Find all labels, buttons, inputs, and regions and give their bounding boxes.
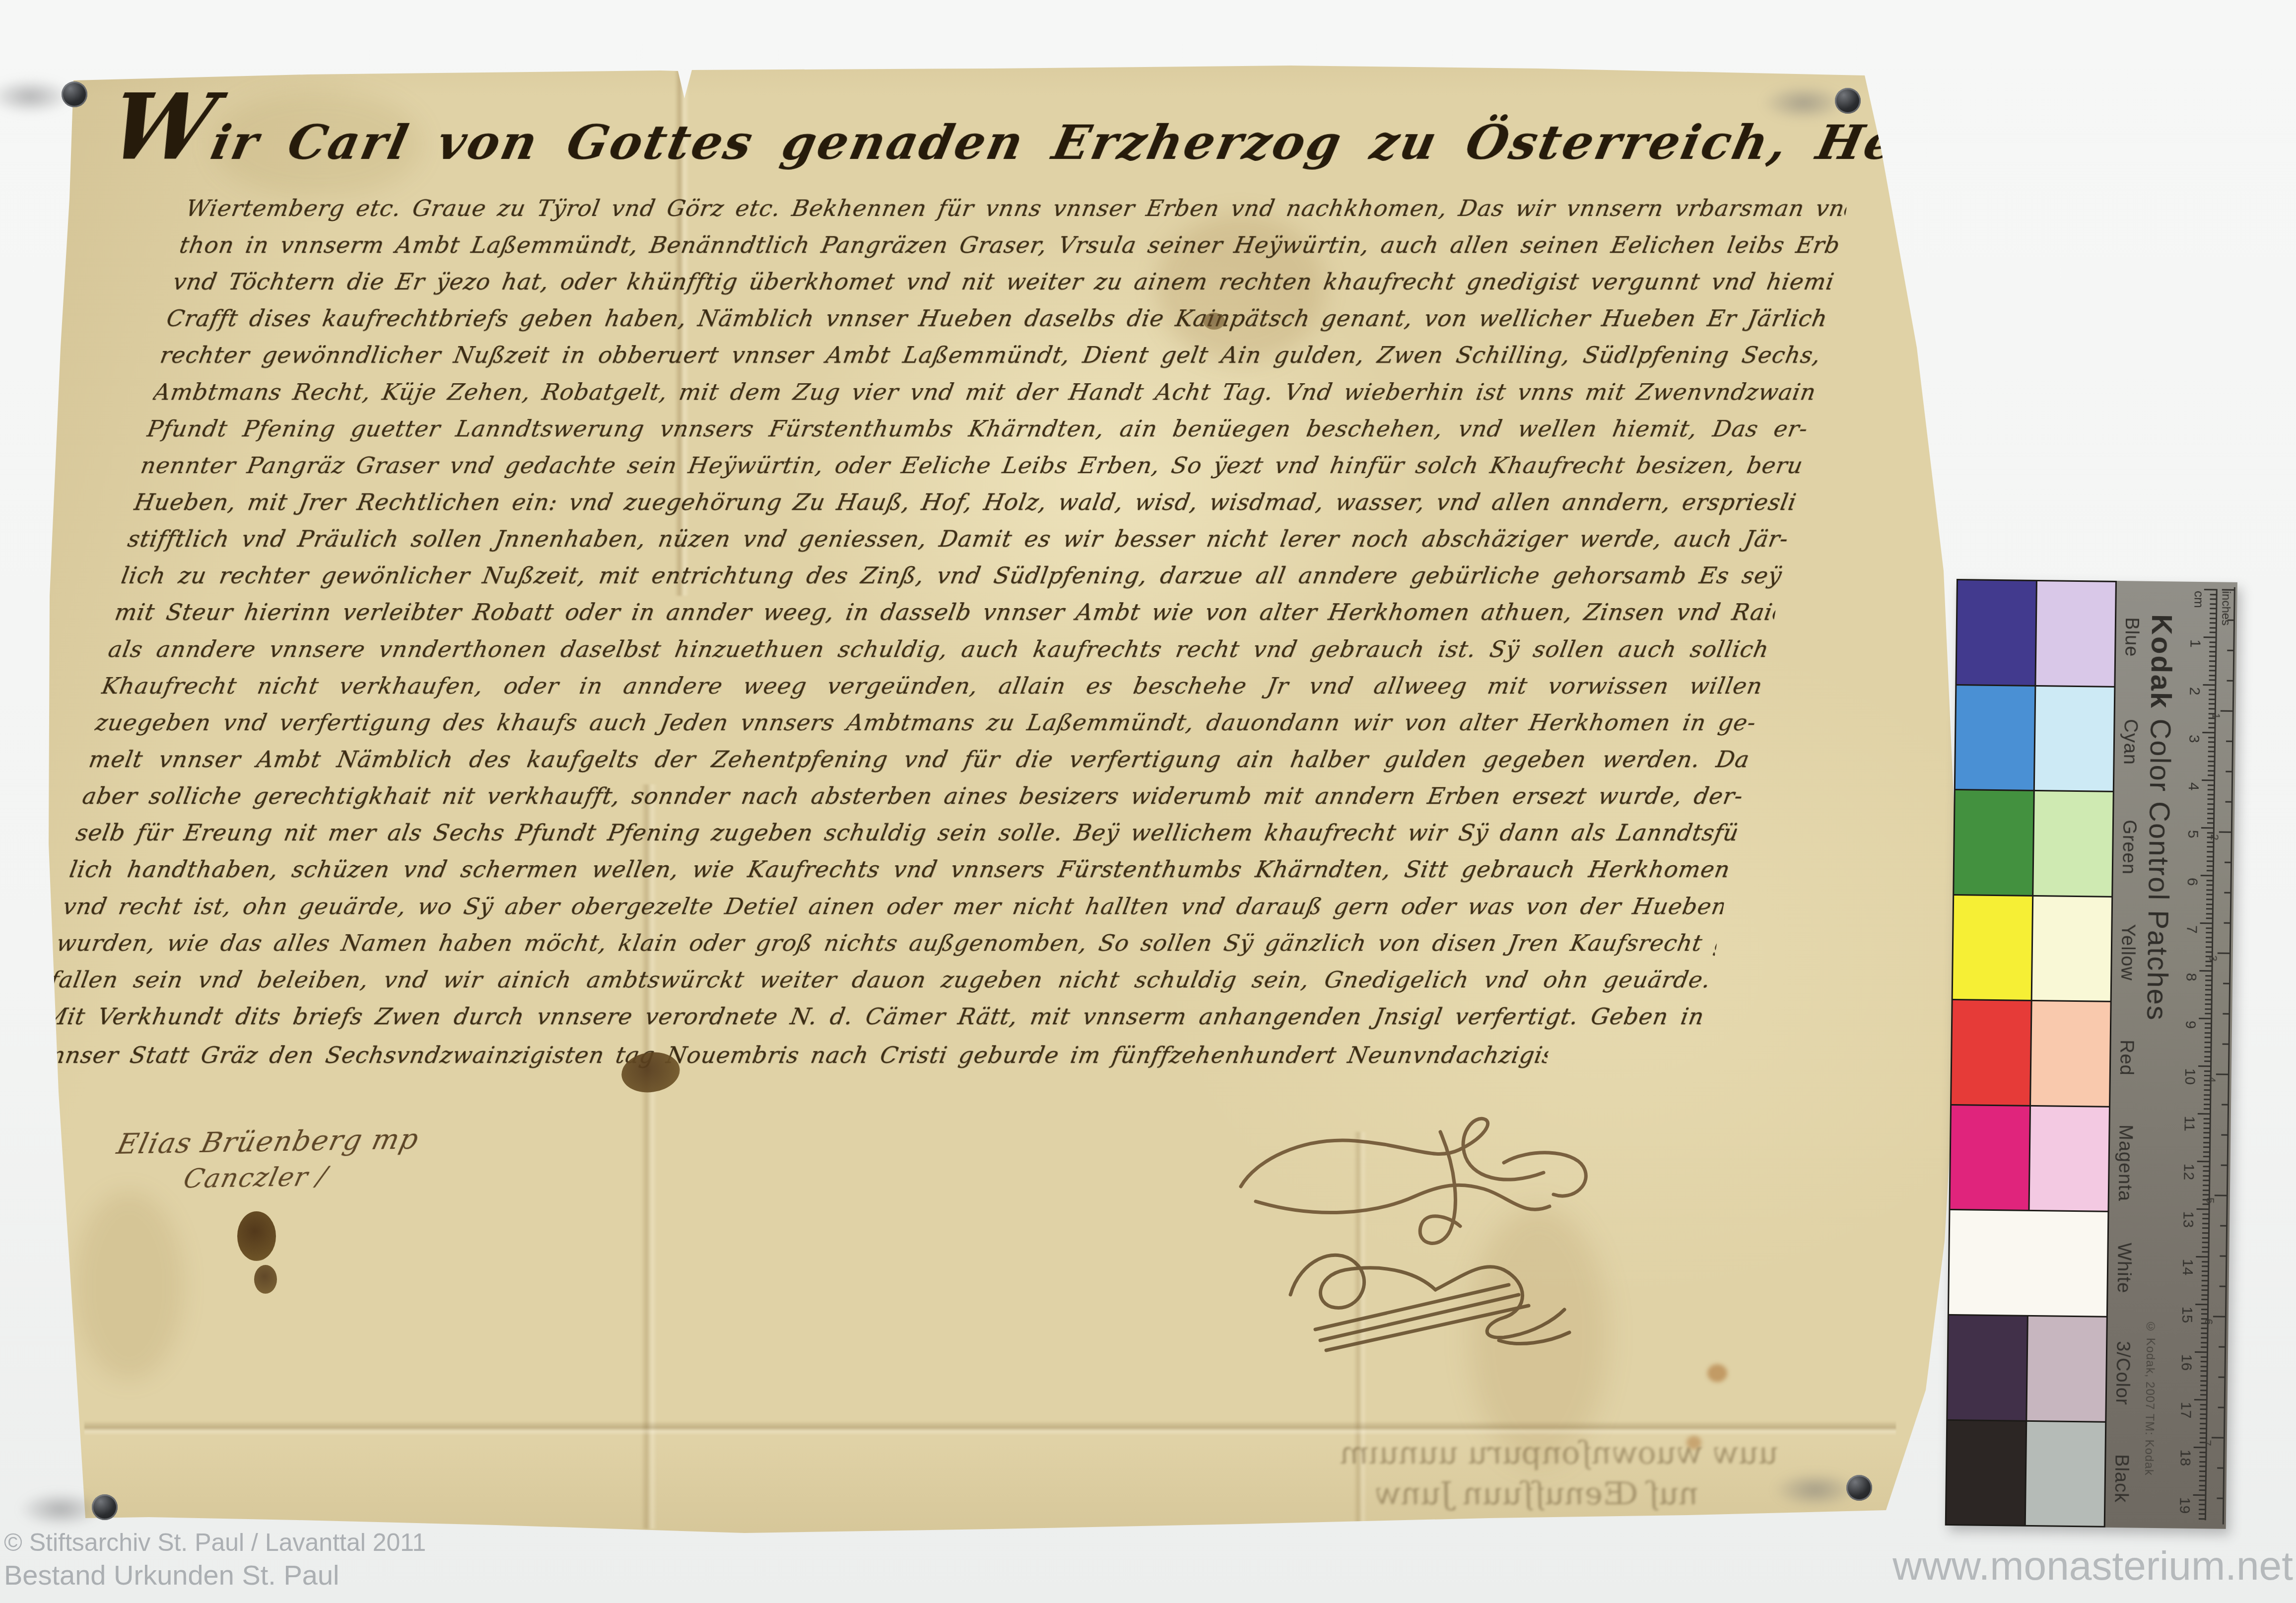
inch-number: 7 bbox=[2201, 1440, 2214, 1446]
cm-tick bbox=[2201, 1356, 2207, 1358]
cm-tick bbox=[2204, 1056, 2210, 1057]
cm-tick bbox=[2203, 1194, 2209, 1195]
cm-tick bbox=[2203, 1166, 2209, 1167]
cm-tick bbox=[2200, 1418, 2206, 1420]
inch-tick bbox=[2219, 1346, 2225, 1348]
watermark-website: www.monasterium.net bbox=[1892, 1543, 2293, 1590]
cm-tick bbox=[2203, 1170, 2209, 1172]
cm-tick bbox=[2198, 1113, 2210, 1115]
cm-tick bbox=[2207, 865, 2213, 867]
inch-tick bbox=[2221, 1134, 2227, 1136]
inch-tick bbox=[2227, 680, 2233, 682]
cm-tick bbox=[2205, 975, 2211, 976]
inch-tick bbox=[2223, 983, 2229, 984]
inch-tick bbox=[2225, 862, 2230, 863]
inch-tick bbox=[2215, 1194, 2227, 1196]
kodak-patch-row bbox=[1956, 686, 2114, 791]
cm-tick bbox=[2209, 694, 2215, 695]
kodak-patch-row bbox=[1952, 1000, 2110, 1106]
inch-tick bbox=[2220, 1225, 2226, 1227]
cm-tick bbox=[2205, 1027, 2211, 1029]
cm-tick bbox=[2204, 1089, 2210, 1091]
manuscript-date-line: vnnser Statt Gräz den Sechsvndzwainzigis… bbox=[34, 1037, 1551, 1073]
cm-tick bbox=[2208, 765, 2214, 767]
cm-number: 12 bbox=[2180, 1164, 2197, 1181]
inch-tick bbox=[2226, 771, 2231, 772]
cm-tick bbox=[2199, 1504, 2205, 1505]
cm-tick bbox=[2195, 1304, 2207, 1305]
cm-tick bbox=[2197, 1161, 2209, 1162]
kodak-title-text: Color Control Patches bbox=[2141, 709, 2177, 1021]
manuscript-line: Pfundt Pfening guetter Lanndtswerung vnn… bbox=[144, 410, 1811, 447]
cm-tick bbox=[2200, 1423, 2206, 1424]
manuscript-line: selb für Ereung nit mer als Sechs Pfundt… bbox=[73, 814, 1740, 851]
cm-tick bbox=[2209, 689, 2215, 691]
cm-tick bbox=[2205, 984, 2211, 986]
inch-tick bbox=[2218, 1377, 2224, 1378]
cm-tick bbox=[2204, 1118, 2210, 1119]
cm-tick bbox=[2203, 1204, 2209, 1205]
inch-tick bbox=[2224, 892, 2230, 894]
manuscript-lines: Wiertemberg etc. Graue zu Tÿrol vnd Görz… bbox=[34, 190, 1850, 1073]
inch-tick bbox=[2219, 831, 2231, 833]
ink-blot bbox=[1203, 313, 1225, 330]
cm-tick bbox=[2205, 1032, 2211, 1034]
color-patch-green bbox=[1954, 790, 2033, 895]
inch-number: 1 bbox=[2210, 713, 2223, 719]
cm-tick bbox=[2203, 1189, 2209, 1191]
cm-tick bbox=[2206, 946, 2212, 948]
inch-tick bbox=[2224, 922, 2230, 924]
color-patch-black bbox=[1947, 1420, 2026, 1525]
color-patch-tint bbox=[2036, 581, 2115, 686]
cm-tick bbox=[2208, 784, 2214, 786]
cm-tick bbox=[2197, 1208, 2209, 1210]
signature-flourish-lower bbox=[1271, 1215, 1578, 1354]
color-patch-magenta bbox=[1950, 1106, 2029, 1210]
cm-tick bbox=[2204, 1127, 2210, 1129]
signature-chancellor-name: Elias Brüenberg mp bbox=[114, 1123, 422, 1161]
cm-tick bbox=[2204, 1094, 2210, 1096]
manuscript-line: aber solliche gerechtigkhait nit verkhau… bbox=[79, 777, 1746, 814]
cm-tick bbox=[2202, 732, 2214, 733]
inch-tick bbox=[2218, 952, 2229, 954]
cm-tick bbox=[2201, 1313, 2207, 1315]
signature-chancellor-title: Canczler / bbox=[181, 1161, 414, 1194]
cm-tick bbox=[2210, 627, 2216, 628]
cm-tick bbox=[2204, 1051, 2210, 1052]
cm-tick bbox=[2203, 1146, 2209, 1148]
cm-tick bbox=[2209, 646, 2215, 647]
cm-tick bbox=[2200, 1375, 2206, 1377]
cm-tick bbox=[2202, 1280, 2208, 1281]
color-patch-tint bbox=[2027, 1317, 2106, 1421]
cm-tick bbox=[2207, 803, 2213, 805]
cm-tick bbox=[2205, 1003, 2211, 1005]
cm-tick bbox=[2194, 1447, 2206, 1448]
watermark-copyright-line1: © Stiftsarchiv St. Paul / Lavanttal 2011 bbox=[4, 1528, 426, 1557]
cm-tick bbox=[2207, 846, 2213, 848]
cm-tick bbox=[2205, 994, 2211, 995]
manuscript-line: Wiertemberg etc. Graue zu Tÿrol vnd Görz… bbox=[183, 190, 1850, 226]
cm-tick bbox=[2199, 1480, 2205, 1481]
cm-tick bbox=[2210, 603, 2216, 605]
cm-tick bbox=[2208, 756, 2214, 757]
cm-tick bbox=[2200, 1380, 2206, 1382]
cm-tick bbox=[2206, 904, 2212, 905]
cm-tick bbox=[2202, 1285, 2208, 1286]
cm-tick bbox=[2205, 1037, 2211, 1039]
cm-tick bbox=[2202, 1218, 2208, 1219]
kodak-title: Kodak Color Control Patches bbox=[2140, 614, 2178, 1022]
cm-tick bbox=[2200, 1432, 2206, 1434]
cm-tick bbox=[2210, 622, 2216, 624]
manuscript-line: mit Steur hierinn verleibter Robatt oder… bbox=[112, 594, 1778, 630]
cm-tick bbox=[2203, 1142, 2209, 1143]
inch-tick bbox=[2222, 1104, 2228, 1106]
cm-unit-label: cm bbox=[2191, 591, 2206, 608]
cm-tick bbox=[2200, 1452, 2206, 1453]
cm-number: 19 bbox=[2176, 1497, 2193, 1514]
cm-tick bbox=[2200, 1390, 2206, 1391]
cm-tick bbox=[2204, 1085, 2210, 1086]
cm-tick bbox=[2210, 594, 2216, 595]
inch-tick bbox=[2226, 741, 2232, 742]
kodak-patch-row bbox=[1953, 896, 2112, 1001]
color-patch-tint bbox=[2033, 791, 2113, 896]
cm-tick bbox=[2208, 737, 2214, 738]
cm-tick bbox=[2206, 951, 2212, 953]
cm-tick bbox=[2208, 775, 2214, 776]
cm-tick bbox=[2201, 827, 2213, 829]
cm-tick bbox=[2207, 880, 2213, 881]
cm-tick bbox=[2209, 660, 2215, 662]
cm-tick bbox=[2200, 1408, 2206, 1410]
signature-chancellor: Elias Brüenberg mp Canczler / bbox=[106, 1123, 422, 1196]
cm-tick bbox=[2199, 1513, 2205, 1515]
cm-number: 9 bbox=[2182, 1021, 2199, 1029]
cm-tick bbox=[2203, 684, 2215, 686]
cm-tick bbox=[2202, 1237, 2208, 1239]
cm-tick bbox=[2199, 1470, 2205, 1472]
cm-tick bbox=[2194, 1399, 2206, 1400]
cm-tick bbox=[2205, 979, 2211, 981]
cm-tick bbox=[2204, 636, 2216, 638]
cm-tick bbox=[2199, 1461, 2205, 1463]
patch-label: Black bbox=[2105, 1422, 2133, 1528]
kodak-color-control-strip: BlueCyanGreenYellowRedMagentaWhite3/Colo… bbox=[1945, 579, 2237, 1529]
cm-tick bbox=[2209, 651, 2215, 652]
cm-tick bbox=[2199, 1489, 2205, 1491]
verso-showthrough-line: nuſ Œenuſſuun Junw bbox=[1372, 1475, 1702, 1512]
cm-tick bbox=[2199, 1475, 2205, 1477]
cm-number: 7 bbox=[2183, 925, 2200, 934]
ink-blot bbox=[254, 1265, 277, 1294]
color-patch-red bbox=[1952, 1000, 2031, 1105]
cm-tick bbox=[2207, 860, 2213, 862]
cm-tick bbox=[2202, 779, 2214, 781]
cm-tick bbox=[2206, 918, 2212, 919]
cm-tick bbox=[2204, 1104, 2210, 1105]
watermark-copyright-line2: Bestand Urkunden St. Paul bbox=[4, 1559, 339, 1591]
cm-tick bbox=[2206, 913, 2212, 914]
cm-tick bbox=[2209, 665, 2215, 667]
manuscript-line: zuegeben vnd verfertigung des khaufs auc… bbox=[92, 704, 1759, 741]
cm-tick bbox=[2200, 1413, 2206, 1415]
cm-tick bbox=[2205, 1013, 2211, 1015]
scan-page: Wir Carl von Gottes genaden Erzherzog zu… bbox=[0, 0, 2296, 1603]
manuscript-line: fallen sein vnd beleiben, vnd wir ainich… bbox=[47, 961, 1714, 998]
cm-tick bbox=[2202, 1223, 2208, 1224]
kodak-copyright: © Kodak, 2007 TM: Kodak bbox=[2142, 1320, 2158, 1476]
cm-tick bbox=[2206, 894, 2212, 896]
cm-tick bbox=[2206, 942, 2212, 943]
inch-tick bbox=[2220, 1286, 2226, 1287]
cm-tick bbox=[2193, 1494, 2205, 1496]
cm-tick bbox=[2210, 618, 2216, 619]
cm-tick bbox=[2201, 1294, 2207, 1296]
charter-heading: Wir Carl von Gottes genaden Erzherzog zu… bbox=[100, 74, 1783, 181]
cm-number: 15 bbox=[2178, 1307, 2195, 1324]
cm-tick bbox=[2210, 613, 2216, 614]
cm-tick bbox=[2202, 1228, 2208, 1229]
cm-tick bbox=[2204, 589, 2216, 590]
cm-tick bbox=[2205, 999, 2211, 1000]
cm-tick bbox=[2207, 818, 2213, 819]
cm-tick bbox=[2203, 1137, 2209, 1138]
inch-tick bbox=[2218, 1407, 2224, 1408]
ink-blot bbox=[237, 1211, 276, 1261]
cm-tick bbox=[2202, 1213, 2208, 1215]
cm-tick bbox=[2206, 884, 2212, 886]
color-patch-cyan bbox=[1956, 686, 2035, 790]
kodak-patch-row bbox=[1949, 1210, 2108, 1316]
cm-number: 3 bbox=[2185, 735, 2202, 743]
cm-tick bbox=[2203, 1180, 2209, 1182]
cm-tick bbox=[2209, 675, 2215, 676]
cm-tick bbox=[2203, 1151, 2209, 1153]
cm-tick bbox=[2200, 1428, 2206, 1429]
cm-tick bbox=[2206, 908, 2212, 909]
cm-tick bbox=[2200, 1385, 2206, 1386]
inch-number: 3 bbox=[2207, 955, 2220, 962]
cm-tick bbox=[2196, 1256, 2208, 1257]
inch-tick bbox=[2223, 1013, 2228, 1015]
manuscript-line: nennter Pangräz Graser vnd gedachte sein… bbox=[138, 447, 1805, 484]
inch-tick bbox=[2221, 1165, 2227, 1166]
cm-tick bbox=[2203, 1185, 2209, 1186]
cm-tick bbox=[2200, 1437, 2206, 1439]
cm-tick bbox=[2200, 922, 2212, 924]
inch-tick bbox=[2228, 620, 2233, 621]
patch-label: White bbox=[2108, 1212, 2135, 1318]
manuscript-line: lich zu rechter gewönlicher Nußzeit, mit… bbox=[118, 557, 1785, 594]
manuscript-line: lich handthaben, schüzen vnd schermen we… bbox=[67, 851, 1733, 888]
verso-showthrough-line: uuw wuownſonpuru uunuım bbox=[1337, 1435, 1782, 1471]
inch-tick bbox=[2226, 801, 2231, 803]
manuscript-line: Crafft dises kaufrechtbriefs geben haben… bbox=[164, 300, 1830, 337]
cm-tick bbox=[2209, 641, 2215, 643]
manuscript-line: vnd Töchtern die Er ÿezo hat, oder khünf… bbox=[170, 263, 1837, 300]
cm-tick bbox=[2207, 870, 2213, 872]
cm-number: 13 bbox=[2179, 1211, 2196, 1228]
cm-tick bbox=[2207, 823, 2213, 824]
inch-number: 2 bbox=[2208, 834, 2221, 840]
cm-tick bbox=[2202, 1232, 2208, 1234]
inch-tick bbox=[2213, 1316, 2225, 1317]
cm-tick bbox=[2209, 698, 2215, 700]
kodak-patch-row bbox=[1948, 1316, 2106, 1421]
cm-tick bbox=[2205, 989, 2211, 991]
cm-tick bbox=[2201, 1361, 2207, 1362]
cm-tick bbox=[2204, 1122, 2210, 1124]
cm-tick bbox=[2202, 1242, 2208, 1243]
kodak-patch-row bbox=[1950, 1106, 2109, 1211]
manuscript-line: vnd recht ist, ohn geuärde, wo Sÿ aber o… bbox=[60, 888, 1727, 924]
cm-number: 5 bbox=[2184, 830, 2201, 838]
cm-tick bbox=[2205, 966, 2211, 967]
corner-pin-top-right bbox=[1835, 88, 1861, 114]
patch-label: Blue bbox=[2115, 581, 2143, 687]
kodak-patch-grid bbox=[1945, 579, 2117, 1528]
kodak-patch-row bbox=[1957, 580, 2115, 686]
cm-tick bbox=[2207, 851, 2213, 852]
manuscript-line: Hueben, mit Jrer Rechtlichen ein: vnd zu… bbox=[131, 484, 1798, 520]
cm-tick bbox=[2208, 727, 2214, 729]
manuscript-line: melt vnnser Ambt Nämblich des kaufgelts … bbox=[86, 741, 1753, 777]
cm-tick bbox=[2201, 1327, 2207, 1329]
cm-tick bbox=[2198, 1065, 2210, 1067]
cm-tick bbox=[2202, 1265, 2208, 1267]
inch-tick bbox=[2223, 1044, 2228, 1045]
cm-tick bbox=[2209, 703, 2215, 705]
cm-tick bbox=[2207, 813, 2213, 814]
cm-tick bbox=[2206, 927, 2212, 929]
cm-tick bbox=[2201, 1309, 2207, 1310]
color-patch-tint bbox=[2029, 1107, 2109, 1211]
cm-tick bbox=[2208, 746, 2214, 748]
patch-label: Green bbox=[2113, 791, 2140, 897]
color-patch-tint bbox=[2026, 1421, 2105, 1526]
cm-tick bbox=[2202, 1252, 2208, 1253]
cm-number: 17 bbox=[2177, 1402, 2194, 1419]
cm-tick bbox=[2206, 889, 2212, 891]
cm-tick bbox=[2199, 1509, 2205, 1510]
cm-number: 18 bbox=[2176, 1450, 2193, 1466]
manuscript-line: rechter gewönndlicher Nußzeit in obberue… bbox=[157, 337, 1824, 373]
cm-tick bbox=[2203, 1132, 2209, 1134]
manuscript-line: stifftlich vnd Präulich sollen Jnnenhabe… bbox=[125, 520, 1791, 557]
cm-tick bbox=[2203, 1156, 2209, 1158]
cm-tick bbox=[2206, 937, 2212, 938]
cm-tick bbox=[2210, 632, 2216, 633]
manuscript-line: als anndere vnnsere vnnderthonen daselbs… bbox=[105, 630, 1772, 667]
cm-tick bbox=[2206, 899, 2212, 900]
patch-label: 3/Color bbox=[2106, 1317, 2134, 1423]
manuscript-line: Mit Verkhundt dits briefs Zwen durch vnn… bbox=[41, 998, 1707, 1035]
cm-tick bbox=[2210, 608, 2216, 610]
kodak-patch-row bbox=[1954, 790, 2113, 896]
patch-label: Cyan bbox=[2114, 686, 2142, 792]
cm-tick bbox=[2199, 1485, 2205, 1486]
cm-tick bbox=[2200, 1404, 2206, 1405]
manuscript-line: wurden, wie das alles Namen haben möcht,… bbox=[54, 924, 1720, 961]
inch-number: 5 bbox=[2204, 1197, 2217, 1204]
cm-tick bbox=[2209, 670, 2215, 671]
foxing-spot bbox=[1707, 1364, 1727, 1382]
cm-tick bbox=[2202, 1289, 2208, 1291]
patch-label: Yellow bbox=[2112, 897, 2139, 1002]
cm-tick bbox=[2205, 1008, 2211, 1010]
cm-tick bbox=[2208, 751, 2214, 753]
inch-tick bbox=[2212, 1437, 2224, 1438]
cm-tick bbox=[2208, 761, 2214, 762]
cm-tick bbox=[2204, 1070, 2210, 1072]
cm-tick bbox=[2208, 722, 2214, 724]
color-patch-blue bbox=[1957, 580, 2036, 685]
cm-tick bbox=[2209, 680, 2215, 681]
cm-tick bbox=[2205, 1042, 2211, 1043]
inch-tick bbox=[2222, 589, 2234, 591]
cm-tick bbox=[2205, 1023, 2211, 1024]
cm-number: 14 bbox=[2179, 1259, 2196, 1276]
cm-tick bbox=[2207, 832, 2213, 834]
cm-number: 8 bbox=[2182, 973, 2199, 981]
horizontal-fold bbox=[84, 1421, 1896, 1436]
cm-number: 2 bbox=[2186, 687, 2203, 696]
cm-tick bbox=[2201, 1342, 2207, 1343]
inch-ruler-line bbox=[2223, 587, 2235, 1525]
cm-tick bbox=[2208, 794, 2214, 795]
cm-tick bbox=[2199, 1018, 2211, 1019]
cm-number: 10 bbox=[2181, 1068, 2198, 1085]
cm-tick bbox=[2209, 656, 2215, 657]
cm-tick bbox=[2202, 1247, 2208, 1248]
cm-tick bbox=[2206, 932, 2212, 933]
cm-ruler-line bbox=[2205, 589, 2218, 1520]
cm-tick bbox=[2202, 1275, 2208, 1277]
cm-tick bbox=[2199, 970, 2211, 972]
cm-tick bbox=[2208, 799, 2214, 800]
inch-tick bbox=[2217, 1498, 2223, 1499]
cm-number: 11 bbox=[2180, 1116, 2197, 1132]
manuscript-line: Ambtmans Recht, Küje Zehen, Robatgelt, m… bbox=[151, 373, 1818, 410]
cm-tick bbox=[2199, 1499, 2205, 1501]
cm-tick bbox=[2201, 875, 2213, 876]
inch-tick bbox=[2217, 1467, 2223, 1469]
cm-tick bbox=[2207, 808, 2213, 810]
kodak-patch-row bbox=[1947, 1420, 2105, 1526]
color-patch-tint bbox=[2032, 897, 2112, 1001]
cm-tick bbox=[2200, 1394, 2206, 1396]
manuscript-line: Khaufrecht nicht verkhaufen, oder in ann… bbox=[99, 667, 1765, 704]
color-patch-3color bbox=[1948, 1316, 2027, 1420]
cm-tick bbox=[2201, 1332, 2207, 1334]
cm-tick bbox=[2201, 1299, 2207, 1301]
cm-tick bbox=[2202, 1270, 2208, 1272]
inch-tick bbox=[2216, 1073, 2228, 1075]
inch-tick bbox=[2221, 710, 2232, 712]
cm-tick bbox=[2208, 789, 2214, 790]
cm-number: 4 bbox=[2185, 782, 2202, 791]
cm-number: 6 bbox=[2183, 878, 2200, 886]
cm-tick bbox=[2201, 1366, 2207, 1367]
cm-tick bbox=[2201, 1371, 2207, 1372]
corner-pin-top-left bbox=[62, 81, 87, 107]
cm-tick bbox=[2203, 1175, 2209, 1177]
inch-number: 4 bbox=[2205, 1076, 2218, 1083]
cm-tick bbox=[2195, 1351, 2207, 1353]
